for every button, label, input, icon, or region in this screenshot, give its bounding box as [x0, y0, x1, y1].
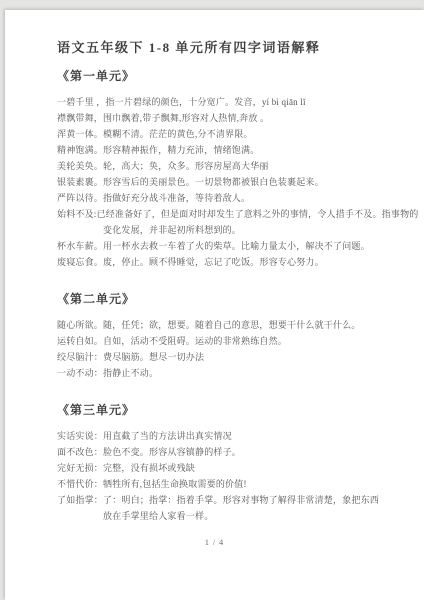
entry-line: 严阵以待。指做好充分战斗准备，等待着敌人。: [57, 190, 394, 206]
entry-line: 不惜代价：牺牲所有,包括生命换取需要的价值!: [57, 476, 394, 492]
document-sheet: 语文五年级下 1-8 单元所有四字词语解释 《第一单元》 一碧千里 ，指一片碧绿…: [5, 10, 424, 600]
entry-line: 浑黄一体。模糊不清。茫茫的黄色,分不清界限。: [57, 126, 394, 142]
entry-continuation-line: 放在手掌里给人家看一样。: [57, 508, 394, 524]
entry-line: 面不改色：脸色不变。形容从容镇静的样子。: [57, 444, 394, 460]
entry-line: 美轮美奂。轮，高大；奂，众多。形容房屋高大华丽: [57, 158, 394, 174]
entry-line: 完好无损：完整，没有损坏或残缺: [57, 460, 394, 476]
section-heading-unit-2: 《第二单元》: [57, 292, 394, 307]
document-content: 语文五年级下 1-8 单元所有四字词语解释 《第一单元》 一碧千里 ，指一片碧绿…: [5, 10, 424, 524]
section-heading-unit-3: 《第三单元》: [57, 403, 394, 418]
entry-line: 杯水车薪。用一杯水去救一车着了火的柴草。比喻力量太小，解决不了问题。: [57, 238, 394, 254]
entry-line: 绞尽脑汁：费尽脑筋。想尽一切办法: [57, 349, 394, 365]
entry-continuation-line: 变化发展，并非起初所料想到的。: [57, 222, 394, 238]
entry-line: 始料不及:已经准备好了，但是面对时却发生了意料之外的事情，令人措手不及。指事物的: [57, 206, 394, 222]
entry-line: 一碧千里 ，指一片碧绿的颜色，十分宽广。发音，yí bì qiān lǐ: [57, 94, 394, 110]
entry-line: 襟飘带舞，围巾飘着,带子飘舞,形容对人热情,奔放 。: [57, 110, 394, 126]
document-viewer: 语文五年级下 1-8 单元所有四字词语解释 《第一单元》 一碧千里 ，指一片碧绿…: [0, 0, 424, 600]
section-heading-unit-1: 《第一单元》: [57, 69, 394, 84]
entry-line: 运转自如。自如，活动不受阻碍。运动的非常熟练自然。: [57, 333, 394, 349]
entry-line: 精神饱满。形容精神振作，精力充沛，情绪饱满。: [57, 142, 394, 158]
entry-line: 银装素裹。形容雪后的美丽景色。一切景物都被银白色装裹起来。: [57, 174, 394, 190]
entry-line: 废寝忘食。废，停止。顾不得睡觉，忘记了吃饭。形容专心努力。: [57, 254, 394, 270]
document-title: 语文五年级下 1-8 单元所有四字词语解释: [57, 40, 394, 56]
entry-line: 实话实说：用直截了当的方法讲出真实情况: [57, 428, 394, 444]
page-number: 1 / 4: [5, 538, 424, 547]
entry-line: 了如指掌：了：明白；指掌：指着手掌。形容对事物了解得非常清楚，象把东西: [57, 492, 394, 508]
entry-line: 随心所欲。随，任凭；欲，想要。随着自己的意思，想要干什么就干什么。: [57, 317, 394, 333]
entry-line: 一动不动：指静止不动。: [57, 365, 394, 381]
